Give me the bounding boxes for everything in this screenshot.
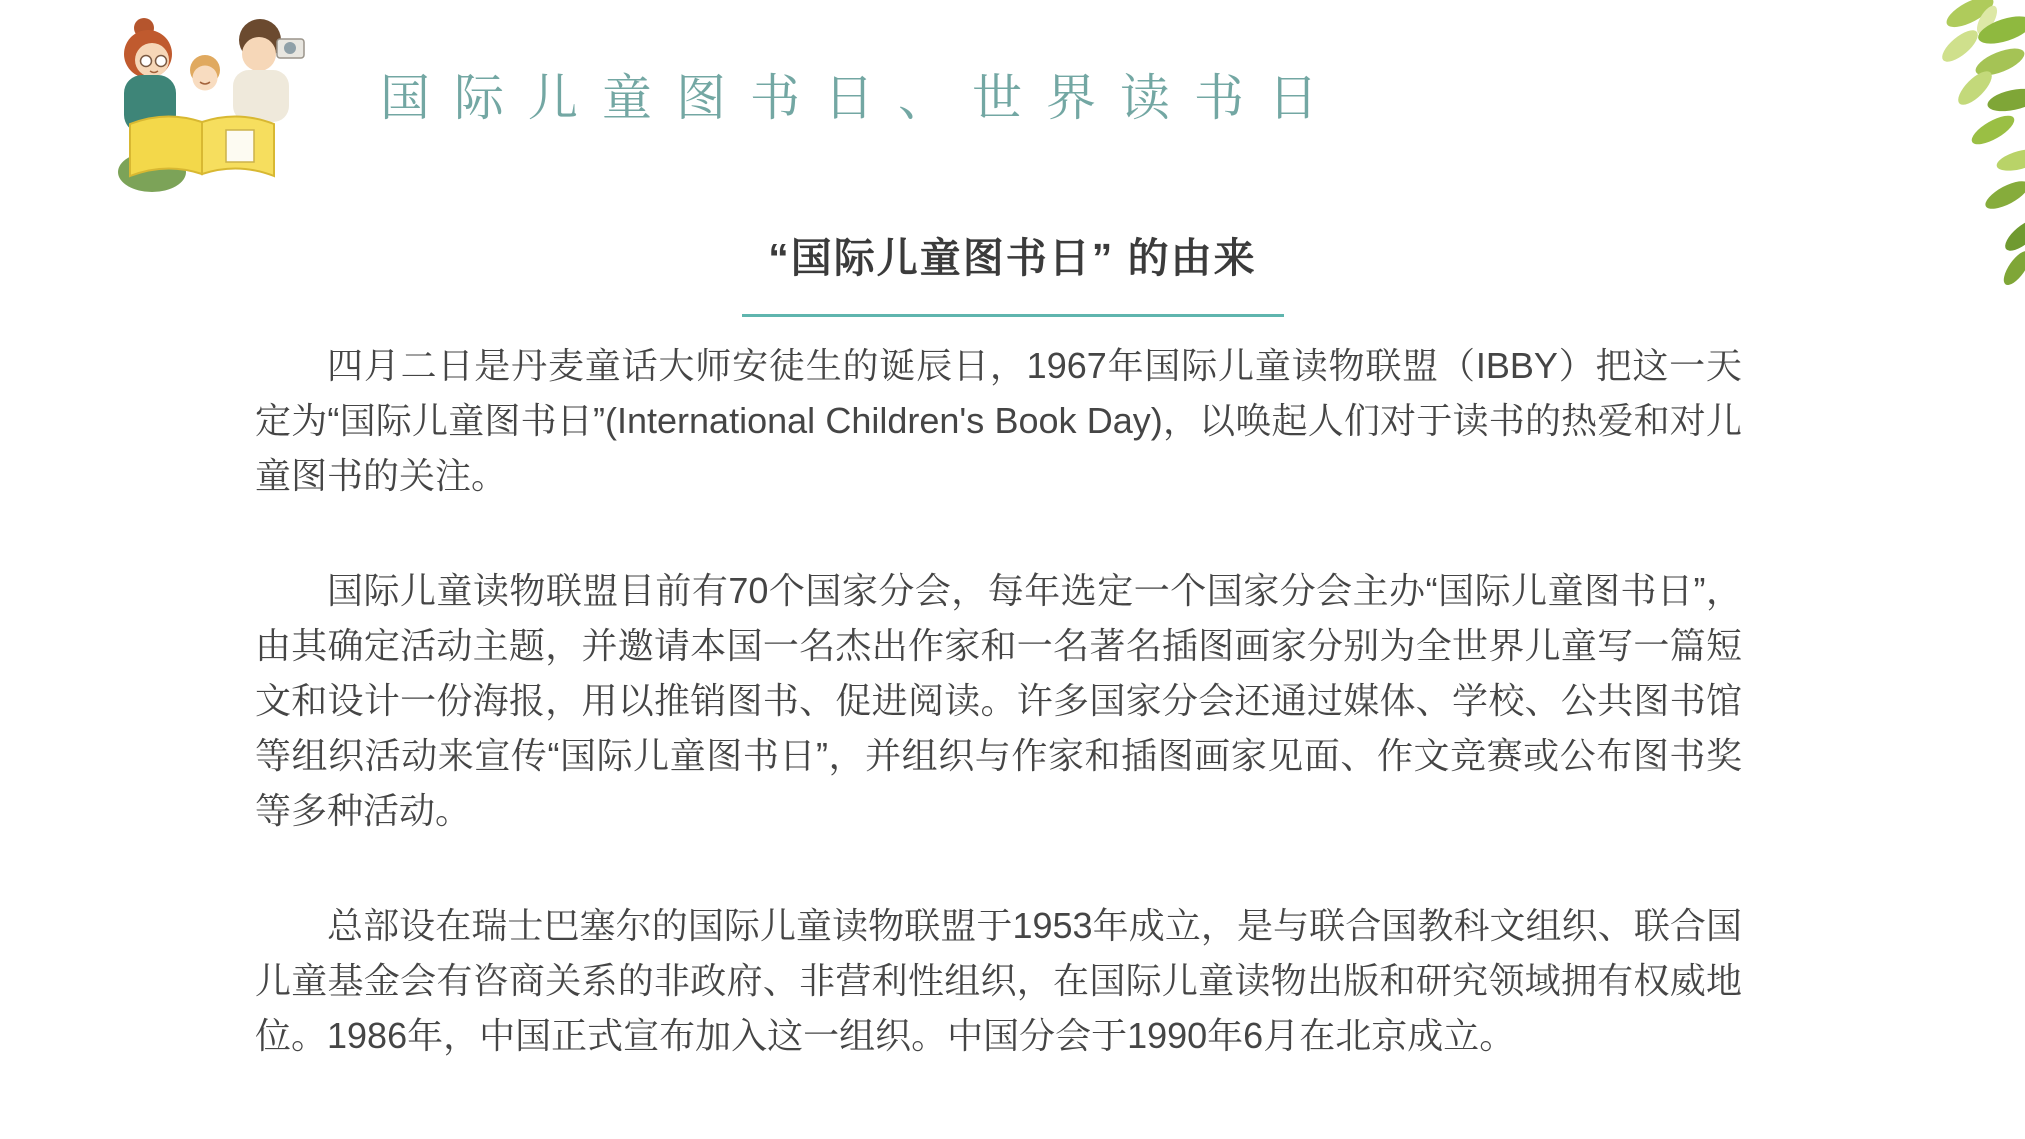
page-title: 国际儿童图书日、世界读书日	[380, 58, 1342, 130]
paragraph-ibby-history: 总部设在瑞士巴塞尔的国际儿童读物联盟于1953年成立，是与联合国教科文组织、联合…	[255, 898, 1742, 1063]
heading-underline	[742, 314, 1284, 317]
section-heading: “国际儿童图书日” 的由来	[0, 225, 2025, 284]
paragraph-activities: 国际儿童读物联盟目前有70个国家分会，每年选定一个国家分会主办“国际儿童图书日”…	[255, 563, 1742, 838]
family-reading-illustration	[100, 12, 310, 197]
slide: 国际儿童图书日、世界读书日 “国际儿童图书日” 的由来 四月二日是丹麦童话大师安…	[0, 0, 2025, 1139]
body-text: 四月二日是丹麦童话大师安徒生的诞辰日，1967年国际儿童读物联盟（IBBY）把这…	[255, 338, 1742, 1063]
section-heading-block: “国际儿童图书日” 的由来	[0, 225, 2025, 317]
paragraph-origin: 四月二日是丹麦童话大师安徒生的诞辰日，1967年国际儿童读物联盟（IBBY）把这…	[255, 338, 1742, 503]
